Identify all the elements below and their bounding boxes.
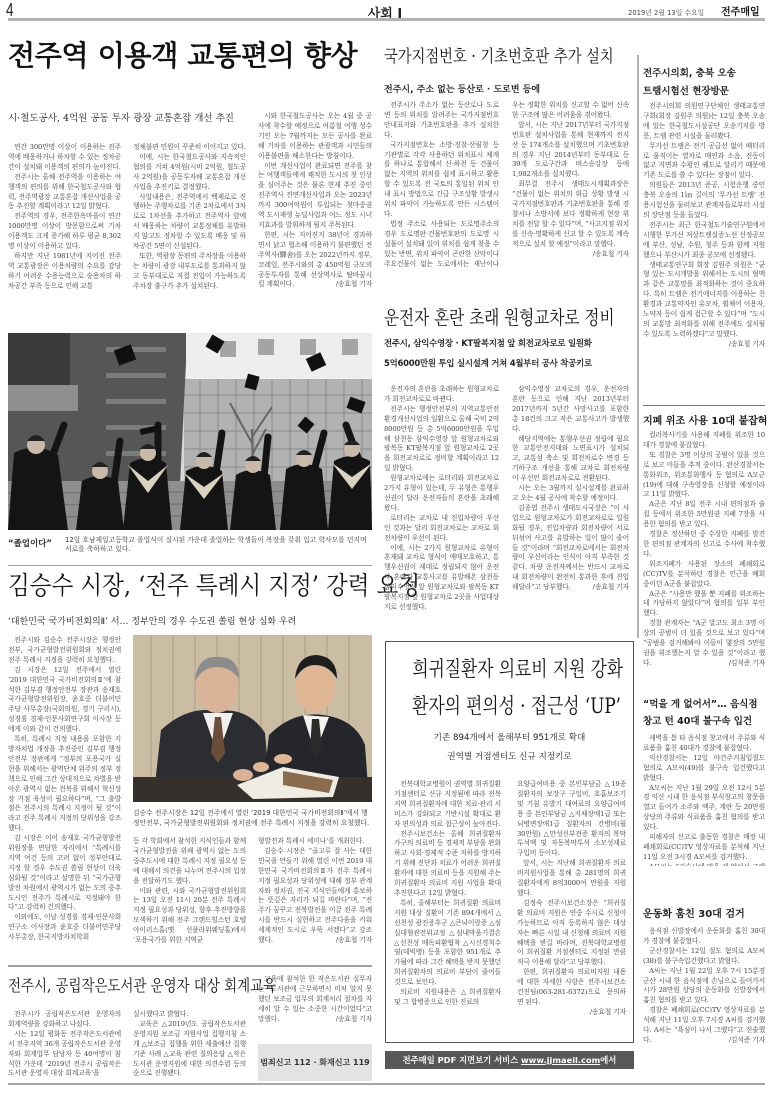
paragraph: 등 각 학회에서 참석한 지식인들과 함께 국가균형발전을 위해 광역시 없는 …	[133, 837, 246, 887]
paragraph: 앞서, 시는 지난 2017년부터 국가지점번호판 설치사업을 통해 현재까지 …	[512, 121, 629, 180]
issue-date: 2019년 2월 13일 수요일	[628, 7, 704, 17]
emergency-numbers-text: 범죄신고 112 · 화재신고 119	[260, 1057, 369, 1068]
paragraph: 운전자의 혼란을 초래하는 원형교차로가 회전교차로로 바뀐다.	[384, 385, 499, 405]
paragraph: 형발전과 특례시 세미나’를 개최한다.	[258, 837, 372, 847]
restaurant-theft-headline-2: 창고 턴 40대 불구속 입건	[643, 713, 752, 727]
paragraph: 한편, 희귀질환자 의료비지원 내용에 대한 자세한 사항은 전주시보건소 건진…	[517, 968, 626, 1008]
paragraph-text: 생태교통연구회 회장 김원주 의원은 “균형 있는 도시개발을 위해서는 도시의…	[643, 261, 765, 338]
roundabout-headline-wrap: 운전자 혼란 초래 원형교차로 정비	[384, 306, 665, 330]
page-bottom-rule	[8, 1083, 765, 1085]
paragraph: 삼익수영장 교차로의 경우, 운전자의 혼란 등으로 인해 지난 2013년부터…	[512, 385, 629, 435]
paragraph: A모씨는 지난 1월 29일 오전 12시 5분경 익산 시내 한 음식점 부식…	[643, 784, 765, 834]
paragraph: 법정 주소로 사용되는 도로명주소의 경우 도로명판·건물번호판의 도로명 시설…	[384, 220, 499, 267]
paragraph: 위조지폐가 사용된 장소의 폐쇄회로(CC)TV를 분석하던 경찰은 인근을 배…	[643, 560, 765, 590]
paragraph: 전주시는 행정안전부의 지역교통안전환경개선사업의 일환으로 올해 국비 2억8…	[384, 405, 499, 474]
paragraph: 로터리는 교차로 내 진입차량이 우선인 것과는 달리 회전교차로는 교차로 회…	[384, 514, 499, 544]
paragraph-text: 김종엽 전주시 생태도시국장은 “이 사업으로 원형교차로가 회전교차로로 일원…	[512, 504, 629, 591]
mayor-meeting-photo-image	[133, 635, 372, 802]
roundabout-subheadline-2: 5억6000만원 투입 실시설계 거쳐 4월부터 공사 착공키로	[384, 357, 592, 369]
paragraph: 의원들은 2013년 준공, 시험운행 중인 충북 오송의 1㎞ 길이의 ‘무가…	[643, 181, 765, 221]
paragraph: 전북대학교병원이 권역별 희귀질환 거점센터로 신규 지정됨에 따라 전북지역 …	[394, 780, 501, 830]
paragraph: 또한, 역광장 동편의 주차장을 이용하는 차량이 광장 내부도로를 통과하지 …	[133, 252, 246, 292]
paragraph: 음식점 신발장에서 운동화를 훔친 30대가 경찰에 붙잡혔다.	[643, 927, 765, 947]
paragraph: 전주시의회 의원연구단체인 생태교통연구회(회장 김원주 의원)는 12일 충북…	[643, 102, 765, 142]
paragraph: 이번 개선사업이 완료되면 전주를 찾는 여행객들에게 쾌적한 도시의 첫 인상…	[258, 162, 372, 231]
rare-disease-subheadline-1: 기존 894개에서 올해부터 951개로 확대	[386, 731, 633, 743]
paragraph: 하지만 지난 1981년에 지어진 전주역 교통광장은 이용차량의 수요를 감당…	[8, 252, 121, 292]
byline: /송효철 기자	[332, 936, 372, 946]
special-city-headline: 김승수 시장, ‘전주 특례시 지정’ 강력 요청	[8, 571, 420, 601]
paragraph: 전주시는 올해 전주역을 이용하는 여행객의 편의를 위해 한국철도공사와 협력…	[8, 173, 121, 213]
byline: /김석준 기자	[725, 659, 765, 669]
paragraph: 김정숙 전주시보건소장은 “희귀질환 의료비 지원은 연중 수시로 신청이 가능…	[517, 899, 626, 968]
paragraph: 김 시장은 이어 송재호 국가균형발전위원장을 면담한 자리에서 “특례시를 지…	[8, 834, 121, 913]
byline: /송효철 기자	[725, 340, 765, 350]
special-city-column-1: 전주시와 김승수 전주시장은 행정안전부, 국가균형발전위원회와 정치권에 전주…	[8, 636, 121, 957]
paragraph: 전주역의 경우, 전주한옥마을이 연간 1000만명 이상이 방문함으로써 기차…	[8, 212, 121, 252]
paragraph: 특히, 특례시 지정 내용을 포함한 지방자치법 개정을 추진중인 김부겸 행정…	[8, 735, 121, 834]
paragraph: 시와 한국철도공사는 오는 4월 중 공사에 착수할 예정으로 여름철 여행 성…	[258, 112, 372, 162]
paragraph: A군은 “사용만 했을 뿐 지폐를 위조하는 데 가담하지 않았다”며 혐의를 …	[643, 590, 765, 620]
roundabout-subheadline-1: 전주시, 삼익수영장 · KT팔복지점 앞 회전교차로로 일원화	[384, 337, 592, 349]
emergency-numbers-box: 범죄신고 112 · 화재신고 119	[258, 1044, 372, 1081]
paragraph-last: 생태교통연구회 회장 김원주 의원은 “균형 있는 도시개발을 위해서는 도시의…	[643, 261, 765, 340]
section-divider	[8, 965, 372, 967]
paragraph-text: A모씨는 “기숙사에 먹을 게 없어서 그랬다”고 진술했다.	[643, 863, 765, 866]
restaurant-theft-headline-1: “먹을 게 없어서”… 음식점	[643, 696, 758, 710]
national-point-subheadline: 전주시, 주소 없는 등산로 · 도로변 등에	[384, 82, 540, 95]
paragraph: 이에, 시는 한국철도공사와 지속적인 협의를 거쳐 4억원(시비 2억원, 철…	[133, 153, 246, 193]
station-subheadline: 시·철도공사, 4억원 공동 투자 광장 교통혼잡 개선 추진	[8, 110, 234, 124]
special-city-subheadline: ‘대한민국 국가비전회의Ⅱ’ 서… 정부안의 경우 수도권 쏠림 현상 심화 우…	[8, 614, 296, 627]
paragraph: 이에, 시는 2가지 원형교차로 유형이 혼재돼 교차로 형식이 애매모호하고,…	[384, 544, 499, 613]
library-column-1: 전주시가 공립작은도서관 운영자의 회계역량을 강화하고 나섰다. 시는 12일…	[8, 1010, 121, 1076]
paragraph: A군은 지난 8일 전주 시내 편의점과 술집 등에서 위조한 5만원권 지폐 …	[643, 500, 765, 530]
paragraph: 전주시는 최근 한국철도기술연구원에서 시행한 무가선 저상트램실증노선 선정공…	[643, 221, 765, 261]
rare-disease-headline-2-wrap: 환자의 편의성 · 접근성 ‘UP’	[386, 693, 633, 719]
paragraph-last: 경찰 관계자는 “A군 말고도 최소 3명 이상의 공범이 더 있을 것으로 보…	[643, 619, 765, 669]
paragraph: 전주시가 공립작은도서관 운영자의 회계역량을 강화하고 나섰다.	[8, 1010, 121, 1030]
counterfeit-body: 컬러복사기를 사용해 지폐를 위조한 10대가 경찰에 붙잡혔다. 또 경찰은 …	[643, 431, 765, 695]
mayor-photo-caption: 김승수 전주시장은 12일 전주에서 열린 ‘2019 대한민국 국가비전회의Ⅱ…	[133, 808, 372, 828]
paragraph-last: 김승수 시장은 “골고루 잘 사는 대한민국을 만들기 위해 열린 이번 201…	[258, 847, 372, 946]
library-column-2: 실시했다고 밝혔다. 교육은 △2019년도 공립작은도서관 운영지원 보조금 …	[133, 1010, 246, 1076]
council-tram-body: 전주시의회 의원연구단체인 생태교통연구회(회장 김원주 의원)는 12일 충북…	[643, 102, 765, 394]
station-column-2: 정체불편 민원이 꾸준히 이어지고 있다. 이에, 시는 한국철도공사와 지속적…	[133, 143, 246, 315]
national-point-headline: 국가지점번호 · 기초번호판 추가 설치	[384, 46, 614, 68]
byline: /송효철 기자	[512, 250, 629, 260]
paragraph: 무가선 트램은 전기 공급선 없이 배터리로 움직이는 열차로 매연과 소음, …	[643, 142, 765, 182]
special-city-column-3: 형발전과 특례시 세미나’를 개최한다. 김승수 시장은 “골고루 잘 사는 대…	[258, 837, 372, 957]
council-tram-headline-2: 트램시험선 현장방문	[643, 83, 729, 97]
section-divider	[643, 405, 765, 406]
roundabout-headline: 운전자 혼란 초래 원형교차로 정비	[384, 306, 615, 330]
library-headline: 전주시, 공립작은도서관 운영자 대상 회계교육	[8, 975, 276, 997]
mayor-meeting-photo	[133, 635, 372, 802]
paragraph: 정체불편 민원이 꾸준히 이어지고 있다.	[133, 143, 246, 153]
paragraph: 전주시와 김승수 전주시장은 행정안전부, 국가균형발전위원회와 정치권에 전주…	[8, 636, 121, 666]
paragraph: 이외에도, 이날 성경륭 경제·인문사회연구소 이사장과 윤호중 더불어민주당 …	[8, 913, 121, 943]
byline: /김석준 기자	[725, 1036, 765, 1046]
paragraph: 교육은 △2019년도 공립작은도서관 운영지원 보조금 지원사업 집행지침 소…	[133, 1020, 246, 1076]
sneaker-theft-body: 음식점 신발장에서 운동화를 훔친 30대가 경찰에 붙잡혔다. 군산경찰서는 …	[643, 927, 765, 1072]
paragraph: 해당지역에는 통행우선권 정립에 필요한 교통안전지대와 노면표시가 설치되고,…	[512, 435, 629, 485]
masthead-rule	[8, 18, 765, 21]
station-column-3: 시와 한국철도공사는 오는 4월 중 공사에 착수할 예정으로 여름철 여행 성…	[258, 112, 372, 315]
station-headline: 전주역 이용객 교통편의 향상	[8, 40, 357, 72]
paragraph: A씨는 지난 1월 22일 오후 7시 15분경 군산 시내 한 음식점에 손님…	[643, 967, 765, 1007]
paragraph-text: 한편, 시는 지어진지 38년이 경과하면서 낡고 협소해 이용하기 불편했던 …	[258, 231, 372, 289]
paragraph: 피해자의 신고로 출동한 경찰은 매장 내 폐쇄회로(CC)TV 영상자료를 분…	[643, 833, 765, 863]
national-point-headline-wrap: 국가지점번호 · 기초번호판 추가 설치	[384, 46, 657, 68]
paragraph: 시는 오는 3월까지 실시설계를 완료하고 오는 4월 공사에 착수할 예정이다…	[512, 484, 629, 504]
counterfeit-headline: 지폐 위조 사용 10대 붙잡혀	[643, 412, 767, 427]
paragraph: 김 시장은 12일 전주에서 열린 ‘2019 대한민국 국가비전회의Ⅱ’에 참…	[8, 666, 121, 735]
rare-disease-column-1: 전북대학교병원이 권역별 희귀질환 거점센터로 신규 지정됨에 따라 전북지역 …	[394, 780, 501, 1036]
paragraph-last: 김종엽 전주시 생태도시국장은 “이 사업으로 원형교차로가 회전교차로로 일원…	[512, 504, 629, 593]
paragraph-last: A모씨는 “기숙사에 먹을 게 없어서 그랬다”고 진술했다./김석준 기자	[643, 863, 765, 866]
paragraph: 의료비 지원내용은 △희귀질환자 및 그 합병증으로 인한 진료의	[394, 988, 501, 1008]
rare-disease-headline-2: 환자의 편의성 · 접근성 ‘UP’	[412, 693, 621, 719]
paragraph: 시는 12일 평화동 전주작은도서관에서 전주지역 36개 공립작은도서관 운영…	[8, 1030, 121, 1076]
station-column-1: 연간 300만명 이상이 이용하는 전주역에 배웅하거나 하차할 수 있는 정차…	[8, 143, 121, 315]
paragraph-text: 김승수 시장은 “골고루 잘 사는 대한민국을 만들기 위해 열린 이번 201…	[258, 847, 372, 944]
roundabout-column-1: 운전자의 혼란을 초래하는 원형교차로가 회전교차로로 바뀐다. 전주시는 행정…	[384, 385, 499, 635]
pdf-service-link[interactable]: www.jjmaeil.com	[521, 1055, 600, 1065]
sneaker-theft-headline: 운동화 훔친 30대 검거	[643, 905, 745, 920]
paragraph: 이와 관련, 시와 국가균형발전위원회는 13일 오전 11시 20분 전주 특…	[133, 887, 246, 946]
paragraph-last: 한편, 시는 지어진지 38년이 경과하면서 낡고 협소해 이용하기 불편했던 …	[258, 231, 372, 290]
paragraph: 원형교차로에는 로터리와 회전교차로 2가지 유형이 있는데, 두 유형은 통행…	[384, 474, 499, 514]
rare-disease-headline-1: 희귀질환자 의료비 지원 강화	[412, 656, 623, 682]
rare-disease-headline-1-wrap: 희귀질환자 의료비 지원 강화	[386, 656, 633, 682]
column-separator	[637, 55, 639, 638]
paragraph: 새벽을 틈 타 음식점 창고에서 주류와 식료품을 훔친 40대가 경찰에 붙잡…	[643, 734, 765, 754]
library-column-3: 교육에 참석한 한 작은도서관 실무자는 “도서관에 근무하면서 미처 알지 못…	[258, 975, 372, 1030]
paragraph: 전주시보건소는 올해 희귀질환자 가구의 의료비 등 경제적 부담을 완화하고 …	[394, 830, 501, 899]
special-city-column-2: 등 각 학회에서 참석한 지식인들과 함께 국가균형발전을 위해 광역시 없는 …	[133, 837, 246, 957]
graduation-caption-title: “졸업이다”	[8, 537, 52, 549]
paragraph-last: 경찰은 폐쇄회로(CC)TV 영상자료를 분석해 지난 11일 오후 7시경 A…	[643, 1006, 765, 1046]
byline: /송효철 기자	[332, 280, 372, 290]
paragraph-last: 교육에 참석한 한 작은도서관 실무자는 “도서관에 근무하면서 미처 알지 못…	[258, 975, 372, 1025]
pdf-banner-prefix: 전주매일 PDF 지면보기 서비스	[403, 1055, 521, 1065]
roundabout-column-2: 삼익수영장 교차로의 경우, 운전자의 혼란 등으로 인해 지난 2013년부터…	[512, 385, 629, 635]
paragraph: 전주시가 주소가 없는 등산로나 도로변 등의 위치를 알려주는 국가지점번호 …	[384, 101, 499, 141]
paragraph: 군산경찰서는 12일 절도 혐의로 A모씨(38)를 불구속입건했다고 밝혔다.	[643, 947, 765, 967]
restaurant-theft-body: 새벽을 틈 타 음식점 창고에서 주류와 식료품을 훔친 40대가 경찰에 붙잡…	[643, 734, 765, 866]
byline: /송효철 기자	[332, 1015, 372, 1025]
paragraph: 앞서, 시는 지난해 희귀질환자 의료비지원사업을 통해 총 281명의 희귀질…	[517, 859, 626, 899]
graduation-photo-image	[8, 333, 372, 530]
byline: /송효철 기자	[589, 583, 629, 593]
paragraph: 최무결 전주시 생태도시계획과장은 “건물이 없는 위치의 위급 상황 발생 시…	[512, 180, 629, 249]
paragraph: 우는 정확한 위치를 신고할 수 없어 신속한 구조에 많은 어려움을 겪어왔다…	[512, 101, 629, 121]
paragraph: 국가지점번호는 소방·경찰·산림청 등 기관별로 각각 사용하던 위치표시 체계…	[384, 141, 499, 220]
paragraph: 익산경찰서는 12일 야간주거침입절도 혐의로 A모씨(49)를 불구속 입건했…	[643, 754, 765, 784]
paper-name: 전주매일	[721, 3, 760, 18]
rare-disease-article-box: 희귀질환자 의료비 지원 강화 환자의 편의성 · 접근성 ‘UP’ 기존 89…	[385, 641, 634, 1043]
paragraph: 연간 300만명 이상이 이용하는 전주역에 배웅하거나 하차할 수 있는 정차…	[8, 143, 121, 173]
section-divider	[8, 565, 372, 566]
byline: /송효철 기자	[517, 1008, 626, 1018]
pdf-banner-suffix: 에서	[600, 1055, 616, 1065]
rare-disease-column-2: 요양급여비용 중 본인부담금 △19종 질환자의 보장구 구입비, 호흡보조기 …	[517, 780, 626, 1036]
paragraph: 특히, 올해부터는 희귀질환 의료비 지원 대상 질환이 기존 894개에서 △…	[394, 899, 501, 988]
pdf-service-banner: 전주매일 PDF 지면보기 서비스 www.jjmaeil.com에서	[385, 1051, 634, 1069]
graduation-caption-text: 12일 호남제일고등학교 졸업식이 실시된 가운데 졸업하는 학생들이 복장을 …	[65, 536, 372, 554]
paragraph: 컬러복사기를 사용해 지폐를 위조한 10대가 경찰에 붙잡혔다.	[643, 431, 765, 451]
paragraph: 또 경찰은 3명 이상의 공범이 있을 것으로 보고 이들을 추적 중이다. 완…	[643, 451, 765, 501]
paragraph: 실시했다고 밝혔다.	[133, 1010, 246, 1020]
graduation-photo	[8, 333, 372, 530]
paragraph: 요양급여비용 중 본인부담금 △19종 질환자의 보장구 구입비, 호흡보조기 …	[517, 780, 626, 859]
paragraph: 사업내용은, 전주역에서 백제로로 진행하는 주행차로를 기존 2차로에서 3차…	[133, 193, 246, 252]
national-point-column-2: 우는 정확한 위치를 신고할 수 없어 신속한 구조에 많은 어려움을 겪어왔다…	[512, 101, 629, 287]
national-point-column-1: 전주시가 주소가 없는 등산로나 도로변 등의 위치를 알려주는 국가지점번호 …	[384, 101, 499, 267]
council-tram-headline-1: 전주시의회, 충북 오송	[643, 65, 736, 79]
paragraph: 경찰은 정산하던 중 수상한 지폐를 발견한 편의점 관계자의 신고로 수사에 …	[643, 530, 765, 560]
rare-disease-subheadline-2: 권역별 거점센터도 신규 지정키로	[386, 750, 633, 762]
newspaper-page: 4 사회 Ⅰ 2019년 2월 13일 수요일 전주매일 전주역 이용객 교통편…	[0, 0, 769, 1096]
